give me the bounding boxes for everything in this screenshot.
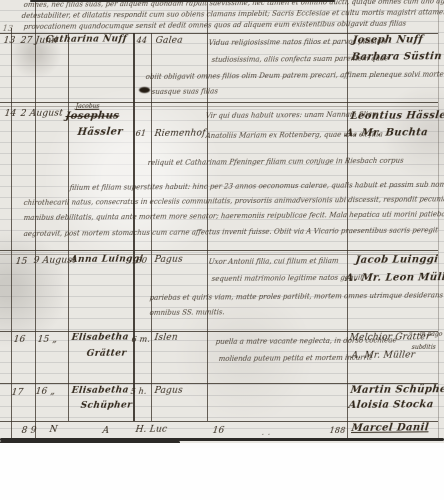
fragment-nums: 8 9	[21, 427, 37, 436]
entry-remark: filium et filiam superstites habuit: hin…	[69, 182, 444, 192]
entry-witness: Melchior Grätter	[349, 333, 431, 343]
marginal-number: 13	[2, 25, 14, 33]
entry-status: Galea	[155, 37, 183, 46]
entry-status: Islen	[154, 334, 178, 343]
entry-name-small: Jacobus	[75, 104, 99, 110]
table-rule-horizontal	[0, 102, 438, 103]
table-rule-horizontal	[0, 250, 438, 251]
entry-name: Anna Luinggi	[70, 255, 144, 265]
entry-status: Pagus	[154, 256, 183, 265]
fragment-piece: . .	[261, 429, 271, 438]
entry-number: 16	[13, 336, 26, 345]
continuation-line: provocationem quandocumque sensit et ded…	[23, 21, 406, 31]
entry-name2: Grätter	[86, 350, 127, 359]
entry-remark: omnibus SS. munitis.	[149, 309, 225, 317]
table-rule-vertical	[68, 33, 69, 421]
entry-date: 2 August	[20, 110, 63, 119]
table-rule-vertical	[133, 33, 135, 421]
entry-name: Josephus	[65, 112, 120, 122]
entry-number: 17	[11, 389, 24, 398]
entry-name: Elisabetha	[71, 387, 129, 396]
entry-witness: Barbara Süstin	[351, 52, 443, 63]
entry-number: 15	[15, 258, 28, 267]
entry-witness: A. Mr. Leon Müller	[345, 273, 444, 284]
entry-name2: Hässler	[77, 128, 124, 138]
entry-witness: A. Mr. Müller	[351, 351, 416, 361]
fragment-piece: N	[49, 426, 58, 435]
entry-remark: aegrotavit, post mortem stomachus cum ca…	[23, 227, 438, 238]
entry-remark: reliquit et Catharinam Pfeninger filiam …	[147, 158, 404, 167]
entry-number: 13	[3, 37, 16, 46]
entry-remark: chirothecarii natus, consecratus in eccl…	[23, 196, 444, 207]
entry-age: 60	[136, 257, 148, 265]
entry-remark: Uxor Antonii filia, cui filium et filiam	[208, 258, 339, 266]
entry-age: 44	[136, 37, 148, 45]
entry-age: 6 m.	[131, 336, 150, 344]
entry-name: Elisabetha	[71, 334, 129, 343]
entry-status: Pagus	[154, 387, 183, 396]
paper-scan-area: 13 omnes, nec filias suas, per aliquem q…	[0, 0, 444, 443]
continuation-line: detestabiliter, et dilatatis respondit c…	[21, 9, 444, 20]
entry-witness: Martin Schüpher	[350, 385, 444, 396]
entry-name: Catharina Nuff	[45, 35, 127, 45]
table-rule-horizontal	[0, 106, 438, 107]
fragment-piece: A	[102, 427, 110, 436]
entry-remark: manibus debilitatis, quinta ante mortem …	[23, 211, 444, 222]
table-rule-vertical	[207, 0, 208, 421]
table-rule-vertical	[11, 28, 12, 438]
witness-note: in pago	[419, 332, 442, 338]
entry-number: 14	[4, 110, 17, 119]
scanned-register-page: 13 omnes, nec filias suas, per aliquem q…	[0, 0, 444, 500]
fragment-piece: 16	[212, 427, 225, 436]
witness-note: subditis	[411, 345, 436, 351]
entry-remark: sequenti matrimonio legitime natos genui…	[211, 275, 363, 283]
entry-witness: Leontius Hässler	[350, 111, 444, 122]
entry-name2: Schüpher	[80, 402, 133, 411]
ink-blot	[139, 87, 150, 93]
entry-age: 61	[135, 130, 147, 138]
entry-remark: suasque suas filias	[151, 88, 218, 96]
entry-witness: Aloisia Stocka	[348, 400, 434, 411]
fragment-name: Marcel Danil	[351, 423, 430, 434]
fragment-piece: H. Luc	[135, 426, 168, 435]
entry-date: 16 „	[35, 388, 56, 397]
entry-remark: obiit obligavit omnes filios olim Deum p…	[145, 71, 444, 81]
entry-witness: A. Mr. Buchta	[345, 128, 429, 139]
scan-bottom-edge	[0, 441, 180, 443]
entry-age: 5 h.	[130, 388, 147, 396]
entry-date: 15 „	[37, 336, 58, 345]
scanner-backing	[0, 448, 444, 500]
continuation-line: omnes, nec filias suas, per aliquem quon…	[23, 0, 444, 9]
entry-remark: pariebas et quiris viam, matte proles pa…	[149, 292, 444, 302]
page-edge-vertical	[438, 0, 439, 438]
entry-status: Riemenhof	[154, 130, 206, 139]
entry-remark: molienda puteum petita et mortem incurri…	[218, 355, 372, 363]
fragment-piece: 188	[329, 427, 346, 435]
entry-witness: Jacob Luinggi	[355, 255, 439, 266]
entry-witness: Joseph Nuff	[352, 35, 424, 46]
